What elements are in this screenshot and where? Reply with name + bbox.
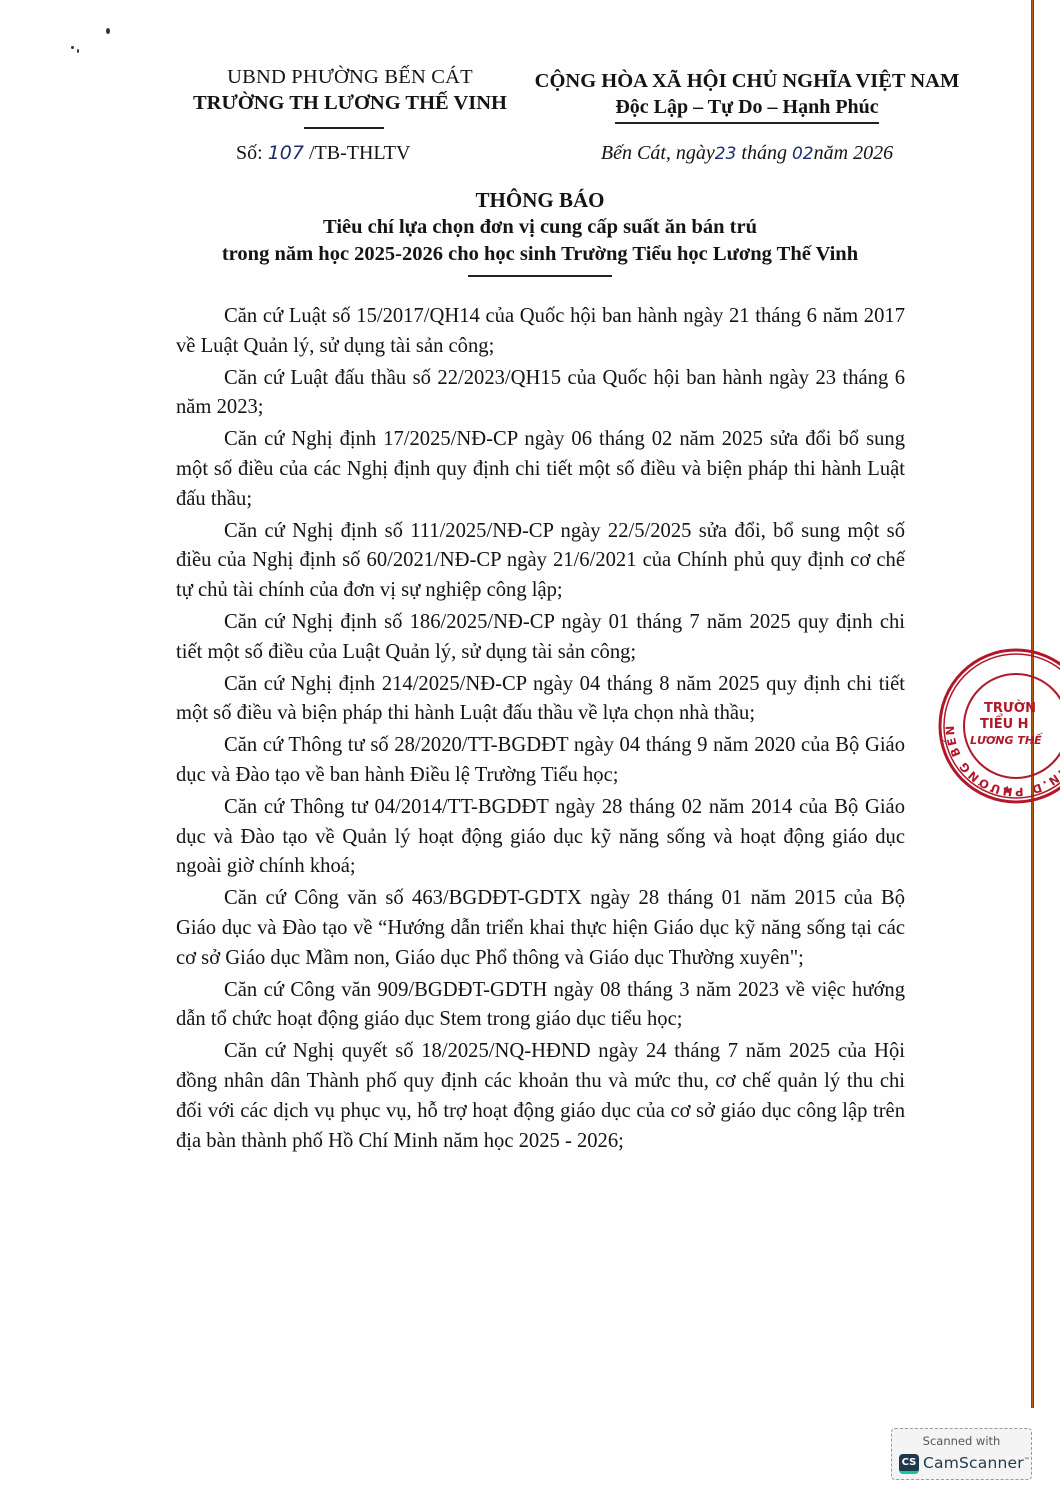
school-name: TRƯỜNG TH LƯƠNG THẾ VINH (150, 90, 550, 116)
legal-basis-paragraph: Căn cứ Luật số 15/2017/QH14 của Quốc hội… (176, 302, 905, 362)
title-line-1: Tiêu chí lựa chọn đơn vị cung cấp suất ă… (170, 214, 910, 241)
seal-center-line-2: TIỂU H (980, 714, 1029, 732)
seal-star-icon: ★ (1002, 783, 1013, 797)
nation-name: CỘNG HÒA XÃ HỘI CHỦ NGHĨA VIỆT NAM (527, 68, 967, 94)
place-and-date: Bến Cát, ngày23 tháng 02năm 2026 (527, 142, 967, 165)
speck (106, 28, 110, 34)
document-body: Căn cứ Luật số 15/2017/QH14 của Quốc hội… (176, 302, 905, 1158)
date-day-handwritten: 23 (715, 144, 737, 164)
speck (71, 46, 74, 49)
seal-center-line-3: LƯƠNG THẾ (970, 732, 1043, 747)
national-motto: Độc Lập – Tự Do – Hạnh Phúc (615, 94, 878, 124)
title-heading: THÔNG BÁO (170, 186, 910, 214)
legal-basis-paragraph: Căn cứ Nghị quyết số 18/2025/NQ-HĐND ngà… (176, 1037, 905, 1156)
seal-center-line-1: TRƯỜN (984, 700, 1036, 716)
title-line-2: trong năm học 2025-2026 cho học sinh Trư… (170, 241, 910, 268)
legal-basis-paragraph: Căn cứ Nghị định 214/2025/NĐ-CP ngày 04 … (176, 670, 905, 730)
legal-basis-paragraph: Căn cứ Công văn số 463/BGDĐT-GDTX ngày 2… (176, 884, 905, 973)
legal-basis-paragraph: Căn cứ Luật đấu thầu số 22/2023/QH15 của… (176, 364, 905, 424)
brand-name: CamScanner (923, 1454, 1024, 1472)
scanned-document-page: UBND PHƯỜNG BẾN CÁT TRƯỜNG TH LƯƠNG THẾ … (0, 0, 1060, 1500)
legal-basis-paragraph: Căn cứ Thông tư 04/2014/TT-BGDĐT ngày 28… (176, 793, 905, 882)
speck (77, 49, 79, 53)
authority-name: UBND PHƯỜNG BẾN CÁT (150, 64, 550, 90)
legal-basis-paragraph: Căn cứ Nghị định số 111/2025/NĐ-CP ngày … (176, 517, 905, 606)
legal-basis-paragraph: Căn cứ Nghị định số 186/2025/NĐ-CP ngày … (176, 608, 905, 668)
doc-number-suffix: /TB-THLTV (304, 142, 410, 164)
official-seal-stamp: U.B.N.D PHƯỜNG BẾN C TRƯỜN TIỂU H LƯƠNG … (936, 646, 1060, 806)
national-header-block: CỘNG HÒA XÃ HỘI CHỦ NGHĨA VIỆT NAM Độc L… (527, 68, 967, 124)
date-place: Bến Cát, ngày (601, 142, 715, 164)
issuing-authority-block: UBND PHƯỜNG BẾN CÁT TRƯỜNG TH LƯƠNG THẾ … (150, 64, 550, 116)
date-month-label: tháng (736, 142, 792, 164)
document-number: Số: 107 /TB-THLTV (236, 142, 410, 165)
authority-underline (304, 127, 384, 129)
doc-number-handwritten: 107 (268, 142, 304, 164)
camscanner-logo-icon: CS (899, 1454, 919, 1474)
watermark-caption: Scanned with (892, 1434, 1031, 1448)
trademark-mark: ™ (1024, 1457, 1030, 1464)
watermark-brand: CamScanner™ (923, 1454, 1030, 1472)
legal-basis-paragraph: Căn cứ Thông tư số 28/2020/TT-BGDĐT ngày… (176, 731, 905, 791)
date-year: năm 2026 (814, 142, 893, 164)
scan-specks (68, 22, 118, 62)
document-title: THÔNG BÁO Tiêu chí lựa chọn đơn vị cung … (170, 186, 910, 268)
title-underline (468, 275, 612, 277)
legal-basis-paragraph: Căn cứ Nghị định 17/2025/NĐ-CP ngày 06 t… (176, 425, 905, 514)
legal-basis-paragraph: Căn cứ Công văn 909/BGDĐT-GDTH ngày 08 t… (176, 976, 905, 1036)
camscanner-watermark: Scanned with CS CamScanner™ (891, 1428, 1032, 1480)
doc-number-prefix: Số: (236, 142, 268, 164)
date-month-handwritten: 02 (792, 144, 814, 164)
